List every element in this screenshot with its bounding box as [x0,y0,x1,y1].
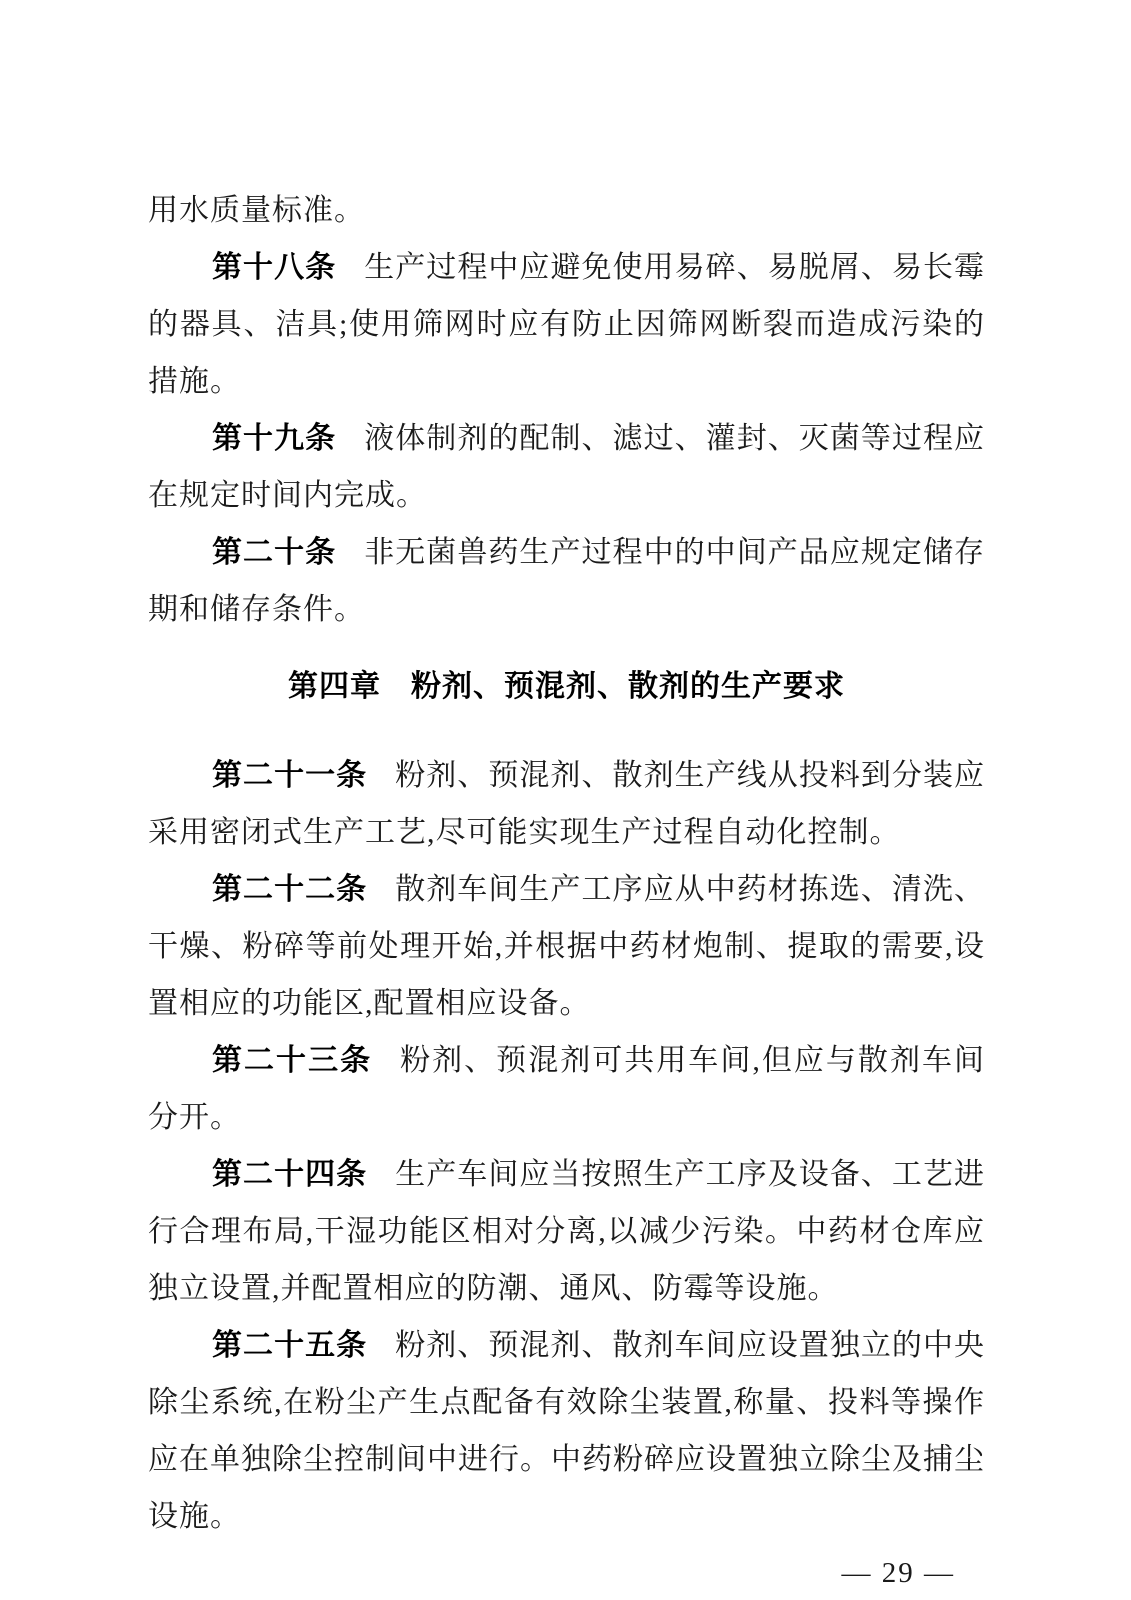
paragraph-article-23: 第二十三条粉剂、预混剂可共用车间,但应与散剂车间分开。 [148,1032,985,1146]
paragraph-article-24: 第二十四条生产车间应当按照生产工序及设备、工艺进行合理布局,干湿功能区相对分离,… [148,1146,985,1317]
page-number: — 29 — [148,1551,985,1595]
chapter-heading: 第四章粉剂、预混剂、散剂的生产要求 [148,658,985,715]
paragraph-article-22: 第二十二条散剂车间生产工序应从中药材拣选、清洗、干燥、粉碎等前处理开始,并根据中… [148,861,985,1032]
article-number: 第二十二条 [212,873,367,906]
article-number: 第二十四条 [212,1158,367,1191]
text-block: 用水质量标准。 第十八条生产过程中应避免使用易碎、易脱屑、易长霉的器具、洁具;使… [0,0,1131,1595]
article-number: 第二十条 [212,536,336,569]
article-number: 第十八条 [212,251,336,284]
article-number: 第二十五条 [212,1329,367,1362]
paragraph-article-20: 第二十条非无菌兽药生产过程中的中间产品应规定储存期和储存条件。 [148,524,985,638]
paragraph-article-25: 第二十五条粉剂、预混剂、散剂车间应设置独立的中央除尘系统,在粉尘产生点配备有效除… [148,1317,985,1545]
paragraph-article-21: 第二十一条粉剂、预混剂、散剂生产线从投料到分装应采用密闭式生产工艺,尽可能实现生… [148,747,985,861]
chapter-title: 粉剂、预混剂、散剂的生产要求 [411,670,845,703]
paragraph-text: 用水质量标准。 [148,194,365,227]
article-number: 第二十一条 [212,759,367,792]
paragraph-article-19: 第十九条液体制剂的配制、滤过、灌封、灭菌等过程应在规定时间内完成。 [148,410,985,524]
article-number: 第十九条 [212,422,336,455]
document-page: 用水质量标准。 第十八条生产过程中应避免使用易碎、易脱屑、易长霉的器具、洁具;使… [0,0,1131,1600]
paragraph-article-18: 第十八条生产过程中应避免使用易碎、易脱屑、易长霉的器具、洁具;使用筛网时应有防止… [148,239,985,410]
article-number: 第二十三条 [212,1044,372,1077]
chapter-number: 第四章 [288,670,381,703]
paragraph-continuation: 用水质量标准。 [148,182,985,239]
